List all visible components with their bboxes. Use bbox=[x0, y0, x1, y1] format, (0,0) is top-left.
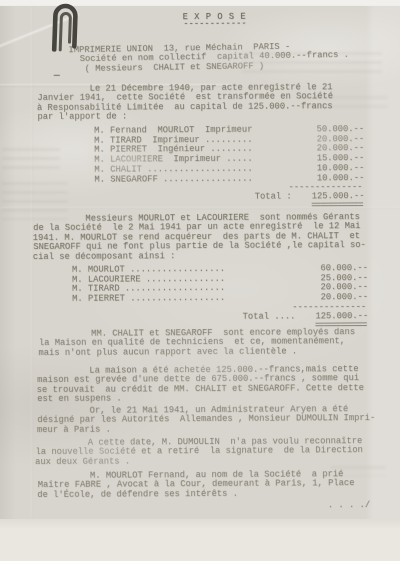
header-block: IMPRIMERIE UNION 13, rue Méchain PARIS -… bbox=[68, 42, 348, 75]
paragraph-line: de l'École, de défendre ses intérêts . bbox=[37, 489, 354, 500]
total-label: Total : bbox=[255, 192, 292, 202]
paragraph-line: par l'apport de : bbox=[37, 111, 333, 122]
paragraph-signature: A cette date, M. DUMOULIN n'a pas voulu … bbox=[35, 437, 362, 467]
paragraph-line: Janvier 1941, cette Société est transfor… bbox=[37, 93, 333, 104]
paragraph-line: est en suspens . bbox=[37, 393, 364, 404]
capital-table-mai-1941: M. MOURLOT .................. 60.000.-- … bbox=[72, 264, 368, 331]
scanned-document: E X P O S E ------------ IMPRIMERIE UNIO… bbox=[0, 0, 400, 561]
paragraph-line: mais n'ont plus aucun rapport avec la cl… bbox=[38, 347, 355, 358]
paragraph-dette: La maison a été achetée 125.000.--francs… bbox=[37, 365, 365, 405]
paragraph-line: la Maison en qualité de techniciens et c… bbox=[39, 337, 356, 348]
capital-table-1940: M. Fernand MOURLOT Imprimeur 50.000.-- M… bbox=[94, 125, 365, 211]
continuation-dots: . . . ./ bbox=[328, 501, 370, 511]
partner-name: M. SNEGAROFF ................. bbox=[94, 174, 252, 185]
paragraph-line: Maître FABRE , Avocat à la Cour, demeura… bbox=[38, 479, 355, 490]
paragraph-techniciens: MM. CHALIT et SNEGAROFF sont encore empl… bbox=[38, 328, 355, 358]
paperclip-icon bbox=[47, 1, 83, 52]
paragraph-avocat: M. MOURLOT Fernand, au nom de la Société… bbox=[37, 470, 354, 500]
paragraph-line: aux deux Gérants . bbox=[35, 456, 362, 467]
paragraph-administrateur: Or, le 21 Mai 1941, un Administrateur Ar… bbox=[37, 405, 375, 435]
paragraph-transformation-1940: Le 21 Décembre 1940, par acte enregistré… bbox=[37, 83, 333, 122]
total-double-rule: ============ bbox=[95, 201, 365, 211]
typed-text-layer: E X P O S E ------------ IMPRIMERIE UNIO… bbox=[0, 0, 400, 561]
paragraph-line: maison est grevée d'une dette de 675.000… bbox=[37, 374, 364, 385]
partner-name: M. PIERRET .................. bbox=[72, 294, 225, 305]
total-label: Total .... bbox=[243, 311, 296, 321]
paragraph-line: la nouvelle Société et a retiré la signa… bbox=[36, 446, 363, 457]
paragraph-gerants-1941: Messieurs MOURLOT et LACOURIERE sont nom… bbox=[33, 213, 366, 262]
header-dash-mark: — bbox=[54, 71, 60, 82]
